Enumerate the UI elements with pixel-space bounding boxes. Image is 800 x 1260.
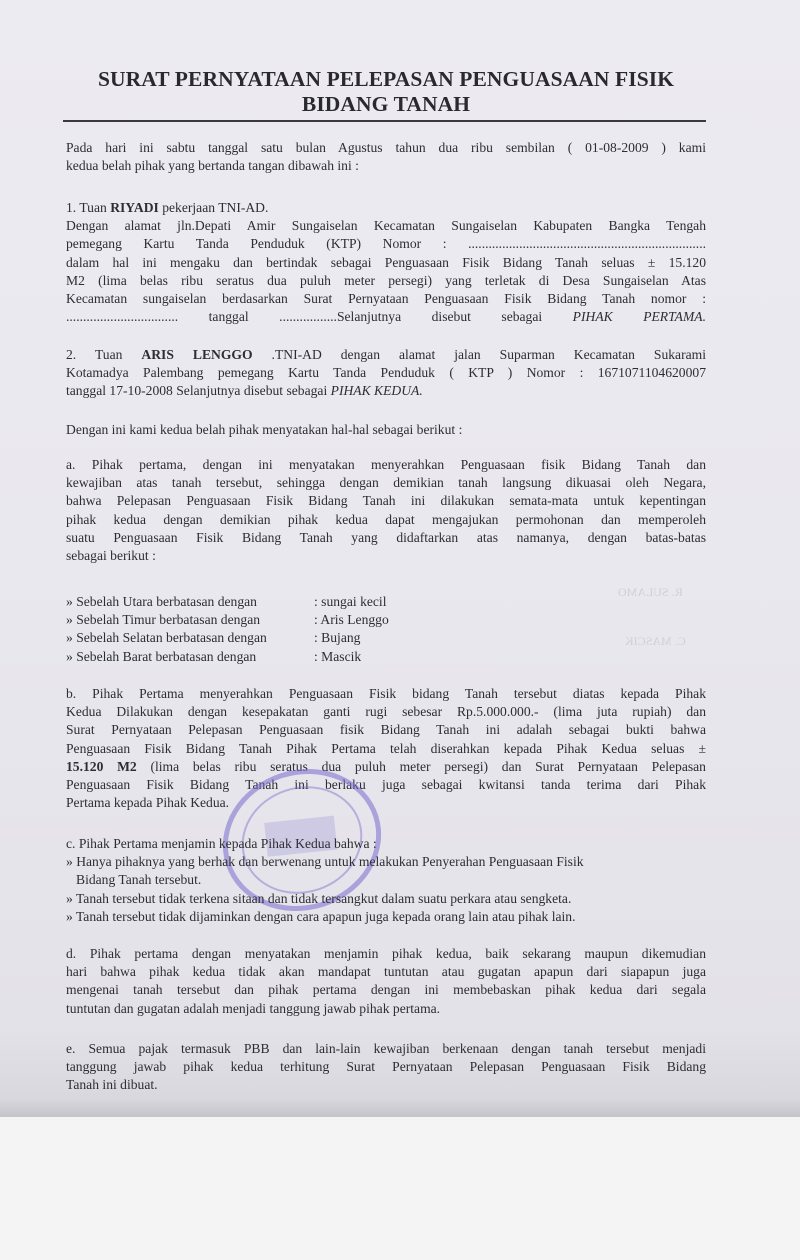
party2-heading: 2. Tuan ARIS LENGGO .TNI-AD dengan alama… — [66, 346, 706, 364]
clause-d-line: mengenai tanah tersebut dan pihak pertam… — [66, 981, 706, 999]
boundary-value: : Mascik — [314, 648, 361, 666]
party1-paragraph: 1. Tuan RIYADI pekerjaan TNI-AD. Dengan … — [66, 199, 706, 326]
party2-name: ARIS LENGGO — [141, 347, 252, 362]
boundary-value: : Aris Lenggo — [314, 611, 389, 629]
clause-a-line: kewajiban atas tanah tersebut, sehingga … — [66, 474, 706, 492]
document-title-line2: BIDANG TANAH — [66, 92, 706, 117]
boundary-row-east: » Sebelah Timur berbatasan dengan : Aris… — [66, 611, 389, 629]
document-page: R. SULAMO C. MASCIK SURAT PERNYATAAN PEL… — [0, 0, 800, 1117]
party2-designation: PIHAK KEDUA. — [331, 383, 423, 398]
party1-line: Dengan alamat jln.Depati Amir Sungaisela… — [66, 217, 706, 235]
viewer-background — [0, 1117, 800, 1260]
clause-e-line: tanggung jawab pihak kedua terhitung Sur… — [66, 1058, 706, 1076]
party2-paragraph: 2. Tuan ARIS LENGGO .TNI-AD dengan alama… — [66, 346, 706, 401]
boundary-list: » Sebelah Utara berbatasan dengan : sung… — [66, 593, 389, 666]
clause-b: b. Pihak Pertama menyerahkan Penguasaan … — [66, 685, 706, 812]
intro-paragraph: Pada hari ini sabtu tanggal satu bulan A… — [66, 139, 706, 175]
clause-b-line: Surat Pernyataan Pelepasan Penguasaan fi… — [66, 721, 706, 739]
clause-c-intro: c. Pihak Pertama menjamin kepada Pihak K… — [66, 835, 706, 853]
boundary-row-north: » Sebelah Utara berbatasan dengan : sung… — [66, 593, 389, 611]
boundary-label: » Sebelah Selatan berbatasan dengan — [66, 629, 314, 647]
clause-c-bullet: Bidang Tanah tersebut. — [66, 871, 706, 889]
clause-d: d. Pihak pertama dengan menyatakan menja… — [66, 945, 706, 1018]
party1-heading: 1. Tuan RIYADI pekerjaan TNI-AD. — [66, 199, 706, 217]
clause-d-line: d. Pihak pertama dengan menyatakan menja… — [66, 945, 706, 963]
clause-e-line: e. Semua pajak termasuk PBB dan lain-lai… — [66, 1040, 706, 1058]
party1-line: M2 (lima belas ribu seratus dua puluh me… — [66, 272, 706, 290]
statement-intro: Dengan ini kami kedua belah pihak menyat… — [66, 421, 706, 439]
clause-a-line: suatu Penguasaan Fisik Bidang Tanah yang… — [66, 529, 706, 547]
clause-b-line: Penguasaan Fisik Bidang Tanah ini berlak… — [66, 776, 706, 794]
boundary-row-south: » Sebelah Selatan berbatasan dengan : Bu… — [66, 629, 389, 647]
party1-line: ................................. tangga… — [66, 308, 706, 326]
clause-d-line: hari bahwa pihak kedua tidak akan mandap… — [66, 963, 706, 981]
clause-c-bullet: » Hanya pihaknya yang berhak dan berwena… — [66, 853, 706, 871]
title-rule — [63, 120, 706, 122]
boundary-label: » Sebelah Timur berbatasan dengan — [66, 611, 314, 629]
party1-line: dalam hal ini mengaku dan bertindak seba… — [66, 254, 706, 272]
clause-a-line: bahwa Pelepasan Penguasaan Fisik Bidang … — [66, 492, 706, 510]
intro-line: kedua belah pihak yang bertanda tangan d… — [66, 157, 706, 175]
clause-b-line: 15.120 M2 (lima belas ribu seratus dua p… — [66, 758, 706, 776]
clause-a-line: a. Pihak pertama, dengan ini menyatakan … — [66, 456, 706, 474]
clause-e-line: Tanah ini dibuat. — [66, 1076, 706, 1094]
clause-d-line: tuntutan dan gugatan adalah menjadi tang… — [66, 1000, 706, 1018]
party2-line: Kotamadya Palembang pemegang Kartu Tanda… — [66, 364, 706, 382]
clause-b-line: b. Pihak Pertama menyerahkan Penguasaan … — [66, 685, 706, 703]
clause-b-line: Kedua Dilakukan dengan kesepakatan ganti… — [66, 703, 706, 721]
clause-c-bullet: » Tanah tersebut tidak dijaminkan dengan… — [66, 908, 706, 926]
party1-designation: PIHAK PERTAMA. — [573, 309, 706, 324]
area-value: 15.120 M2 — [66, 759, 137, 774]
clause-a-line: sebagai berikut : — [66, 547, 706, 565]
clause-c: c. Pihak Pertama menjamin kepada Pihak K… — [66, 835, 706, 926]
bleed-through-mark: C. MASCIK — [625, 634, 686, 649]
party1-name: RIYADI — [110, 200, 159, 215]
clause-b-line: Penguasaan Fisik Bidang Tanah Pihak Pert… — [66, 740, 706, 758]
clause-c-bullet: » Tanah tersebut tidak terkena sitaan da… — [66, 890, 706, 908]
boundary-label: » Sebelah Barat berbatasan dengan — [66, 648, 314, 666]
boundary-value: : sungai kecil — [314, 593, 386, 611]
boundary-value: : Bujang — [314, 629, 360, 647]
clause-e: e. Semua pajak termasuk PBB dan lain-lai… — [66, 1040, 706, 1095]
party1-line: pemegang Kartu Tanda Penduduk (KTP) Nomo… — [66, 235, 706, 253]
party2-line: tanggal 17-10-2008 Selanjutnya disebut s… — [66, 382, 706, 400]
boundary-label: » Sebelah Utara berbatasan dengan — [66, 593, 314, 611]
clause-a-line: pihak kedua dengan demikian pihak kedua … — [66, 511, 706, 529]
document-title-line1: SURAT PERNYATAAN PELEPASAN PENGUASAAN FI… — [66, 67, 706, 92]
statement-intro-text: Dengan ini kami kedua belah pihak menyat… — [66, 421, 706, 439]
bleed-through-mark: R. SULAMO — [618, 585, 683, 600]
boundary-row-west: » Sebelah Barat berbatasan dengan : Masc… — [66, 648, 389, 666]
clause-b-line: Pertama kepada Pihak Kedua. — [66, 794, 706, 812]
clause-a: a. Pihak pertama, dengan ini menyatakan … — [66, 456, 706, 565]
party1-line: Kecamatan sungaiselan berdasarkan Surat … — [66, 290, 706, 308]
intro-line: Pada hari ini sabtu tanggal satu bulan A… — [66, 139, 706, 157]
